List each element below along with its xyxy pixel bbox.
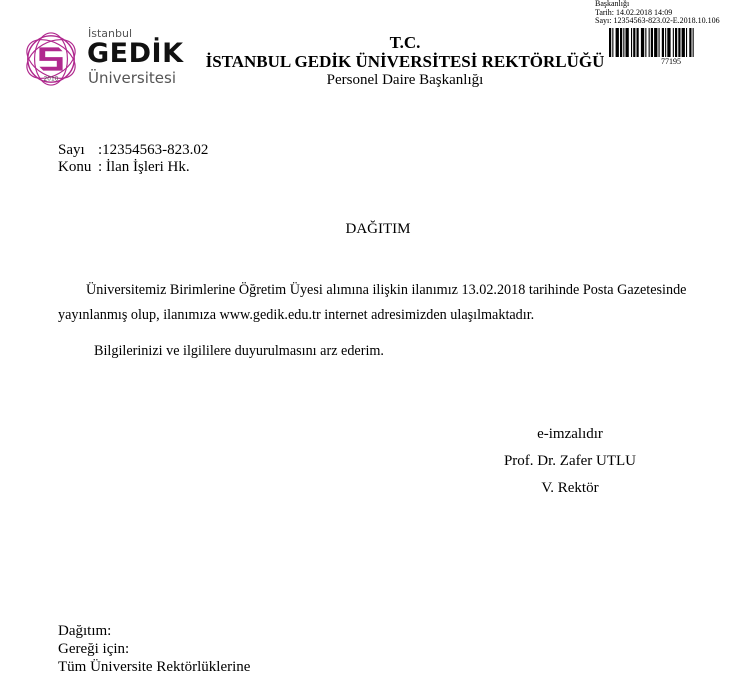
meta-number-row: Sayı:12354563-823.02 bbox=[58, 142, 208, 159]
meta-subject-label: Konu bbox=[58, 159, 98, 176]
distribution-action: Gereği için: bbox=[58, 640, 250, 658]
document-stamp: Başkanlığı Tarih: 14.02.2018 14:09 Sayı:… bbox=[595, 0, 720, 26]
body-paragraph-2: Bilgilerinizi ve ilgililere duyurulmasın… bbox=[94, 343, 384, 360]
distribution-block: Dağıtım: Gereği için: Tüm Üniversite Rek… bbox=[58, 622, 250, 676]
meta-subject-value: : İlan İşleri Hk. bbox=[98, 159, 190, 175]
document-meta: Sayı:12354563-823.02 Konu: İlan İşleri H… bbox=[58, 142, 208, 176]
barcode-icon bbox=[609, 28, 733, 57]
header-institution: İSTANBUL GEDİK ÜNİVERSİTESİ REKTÖRLÜĞÜ bbox=[190, 52, 620, 71]
header-department: Personel Daire Başkanlığı bbox=[190, 71, 620, 90]
body-paragraph-1: Üniversitemiz Birimlerine Öğretim Üyesi … bbox=[58, 278, 738, 328]
distribution-label: Dağıtım: bbox=[58, 622, 250, 640]
meta-subject-row: Konu: İlan İşleri Hk. bbox=[58, 159, 208, 176]
meta-number-value: :12354563-823.02 bbox=[98, 142, 208, 158]
meta-number-label: Sayı bbox=[58, 142, 98, 159]
document-title: DAĞITIM bbox=[0, 221, 756, 238]
logo-name: GEDİK bbox=[87, 38, 184, 69]
signature-block: e-imzalıdır Prof. Dr. Zafer UTLU V. Rekt… bbox=[490, 421, 650, 502]
signature-title: V. Rektör bbox=[490, 475, 650, 502]
university-logo: 2010 İstanbul GEDİK Üniversitesi bbox=[22, 26, 172, 92]
signature-name: Prof. Dr. Zafer UTLU bbox=[490, 448, 650, 475]
document-header: T.C. İSTANBUL GEDİK ÜNİVERSİTESİ REKTÖRL… bbox=[190, 33, 620, 90]
distribution-recipients: Tüm Üniversite Rektörlüklerine bbox=[58, 658, 250, 676]
logo-university: Üniversitesi bbox=[88, 69, 176, 87]
stamp-number: Sayı: 12354563-823.02-E.2018.10.106 bbox=[595, 17, 720, 26]
barcode-number: 77195 bbox=[609, 57, 733, 66]
svg-text:2010: 2010 bbox=[44, 76, 59, 82]
header-tc: T.C. bbox=[190, 33, 620, 52]
signature-status: e-imzalıdır bbox=[490, 421, 650, 448]
university-emblem-icon: 2010 bbox=[22, 30, 80, 88]
